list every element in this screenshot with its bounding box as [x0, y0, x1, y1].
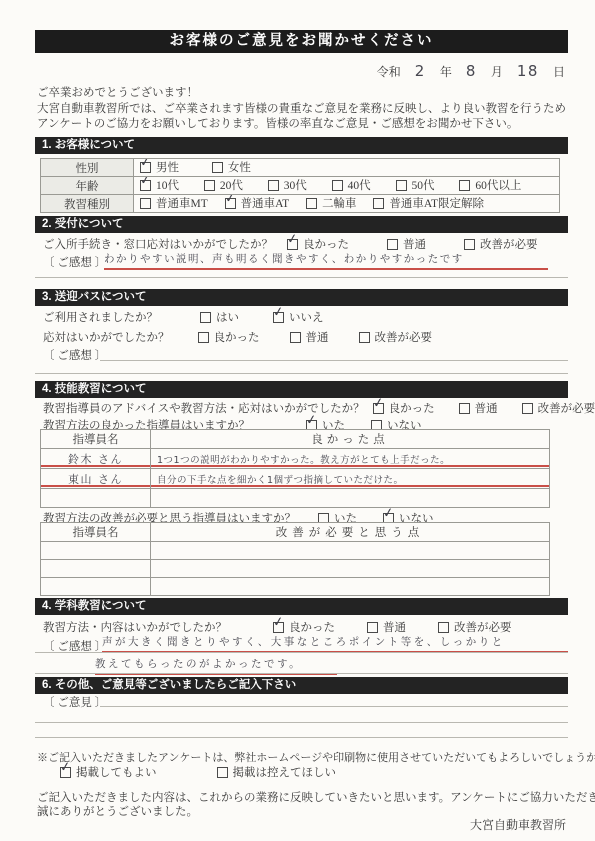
option-age-40s: ✓ 40代: [332, 177, 371, 193]
option-car-at: ✓ 普通車AT: [225, 195, 290, 211]
checkbox-car-at[interactable]: ✓: [225, 198, 236, 209]
table-row: [41, 560, 550, 578]
check-icon: ✓: [224, 195, 237, 207]
lecture-question-row: 教習方法・内容はいかがでしたか？ ✓ 良かった ✓ 普通 ✓ 改善が必要: [43, 619, 512, 635]
option-label: 普通車AT限定解除: [389, 195, 484, 211]
reception-question: ご入所手続き・窓口応対はいかがでしたか？: [43, 236, 273, 252]
section1-header: 1. お客様について: [35, 137, 568, 154]
option-label: 良かった: [214, 329, 260, 345]
table-row: [41, 489, 550, 508]
reception-question-row: ご入所手続き・窓口応対はいかがでしたか？ ✓ 良かった ✓ 普通 ✓ 改善が必要: [43, 236, 538, 252]
closing-line-2: 誠にありがとうございました。: [37, 803, 198, 819]
checkbox-skill-normal[interactable]: ✓: [459, 403, 470, 414]
checkbox-age-60s[interactable]: ✓: [459, 180, 470, 191]
checkbox-reception-normal[interactable]: ✓: [387, 239, 398, 250]
option-lecture-good: ✓ 良かった: [273, 619, 335, 635]
checkbox-bus-no[interactable]: ✓: [273, 312, 284, 323]
good-table-header-point: 良かった点: [151, 430, 550, 449]
check-icon: ✓: [305, 412, 318, 428]
ruled-line: [100, 706, 568, 707]
good-instructor-table: 指導員名 良かった点 鈴木 さん 1つ1つの説明がわかりやすかった。教え方がとて…: [40, 429, 550, 508]
checkbox-age-50s[interactable]: ✓: [396, 180, 407, 191]
check-icon: ✓: [139, 177, 152, 189]
option-label: 掲載してもよい: [76, 764, 157, 780]
option-age-30s: ✓ 30代: [268, 177, 307, 193]
improve-point[interactable]: [151, 578, 550, 596]
option-label: 10代: [156, 177, 179, 193]
improve-instructor-table: 指導員名 改善が必要と思う点: [40, 522, 550, 596]
ruled-line: [35, 722, 568, 723]
intro-line-2: 大宮自動車教習所では、ご卒業されます皆様の貴重なご意見を業務に反映し、より良い教…: [37, 102, 566, 118]
signature: 大宮自動車教習所: [300, 816, 566, 833]
option-label: 良かった: [389, 400, 435, 416]
option-lecture-normal: ✓ 普通: [367, 619, 406, 635]
checkbox-male[interactable]: ✓: [140, 162, 151, 173]
table-row: 鈴木 さん 1つ1つの説明がわかりやすかった。教え方がとても上手だった。: [41, 449, 550, 469]
option-label: はい: [216, 309, 239, 325]
option-bus-improve: ✓ 改善が必要: [359, 329, 433, 345]
option-label: 改善が必要: [454, 619, 512, 635]
option-age-60s: ✓ 60代以上: [459, 177, 521, 193]
date-year-label: 年: [440, 63, 452, 80]
option-label: 改善が必要: [538, 400, 595, 416]
bus-service-question-row: 応対はいかがでしたか？ ✓ 良かった ✓ 普通 ✓ 改善が必要: [43, 329, 432, 345]
option-publish-no: ✓ 掲載は控えてほしい: [217, 764, 337, 780]
gender-options: ✓ 男性 ✓ 女性: [134, 159, 560, 177]
checkbox-age-30s[interactable]: ✓: [268, 180, 279, 191]
survey-form: お客様のご意見をお聞かせください 令和 2 年 8 月 18 日 ご卒業おめでと…: [0, 0, 595, 841]
improve-table-header-point: 改善が必要と思う点: [151, 523, 550, 542]
option-motorcycle: ✓ 二輪車: [306, 195, 357, 211]
intro-line-3: アンケートのご協力をお願いしております。皆様の率直なご意見・ご感想をお聞かせ下さ…: [37, 117, 566, 133]
checkbox-bus-normal[interactable]: ✓: [290, 332, 301, 343]
instructor-name[interactable]: 鈴木 さん: [41, 449, 151, 469]
option-label: 普通車AT: [241, 195, 290, 211]
date-day-label: 日: [553, 63, 565, 80]
option-skill-normal: ✓ 普通: [459, 400, 498, 416]
option-label: 普通: [306, 329, 329, 345]
checkbox-publish-no[interactable]: ✓: [217, 767, 228, 778]
age-row-label: 年齢: [41, 177, 134, 195]
date-era: 令和: [377, 63, 401, 80]
good-table-header-name: 指導員名: [41, 430, 151, 449]
option-male: ✓ 男性: [140, 159, 179, 175]
option-lecture-improve: ✓ 改善が必要: [438, 619, 512, 635]
checkbox-bus-yes[interactable]: ✓: [200, 312, 211, 323]
lecture-question: 教習方法・内容はいかがでしたか？: [43, 619, 227, 635]
checkbox-female[interactable]: ✓: [212, 162, 223, 173]
good-point[interactable]: [151, 489, 550, 508]
option-bus-normal: ✓ 普通: [290, 329, 329, 345]
skill-question-row: 教習指導員のアドバイスや教習方法・応対はいかがでしたか？ ✓ 良かった ✓ 普通…: [43, 400, 595, 416]
section5-header: 4. 学科教習について: [35, 598, 568, 615]
ruled-line: [35, 673, 568, 674]
option-skill-improve: ✓ 改善が必要: [522, 400, 595, 416]
option-age-50s: ✓ 50代: [396, 177, 435, 193]
course-options: ✓ 普通車MT ✓ 普通車AT ✓ 二輪車 ✓ 普通車AT限定解除: [134, 195, 560, 213]
check-icon: ✓: [139, 159, 152, 171]
option-reception-good: ✓ 良かった: [287, 236, 349, 252]
checkbox-reception-good[interactable]: ✓: [287, 239, 298, 250]
option-reception-improve: ✓ 改善が必要: [464, 236, 538, 252]
instructor-name[interactable]: 東山 さん: [41, 469, 151, 489]
option-label: 掲載は控えてほしい: [233, 764, 337, 780]
checkbox-skill-improve[interactable]: ✓: [522, 403, 533, 414]
ruled-line: [35, 652, 568, 653]
option-label: 50代: [412, 177, 435, 193]
option-bus-yes: ✓ はい: [200, 309, 239, 325]
good-point[interactable]: 自分の下手な点を細かく1個ずつ指摘していただけた。: [151, 469, 550, 489]
ruled-line: [35, 277, 568, 278]
date-month-label: 月: [491, 63, 503, 80]
course-row-label: 教習種別: [41, 195, 134, 213]
instructor-name[interactable]: [41, 489, 151, 508]
table-row: 東山 さん 自分の下手な点を細かく1個ずつ指摘していただけた。: [41, 469, 550, 489]
check-icon: ✓: [286, 231, 299, 247]
table-row: [41, 578, 550, 596]
option-label: いいえ: [289, 309, 324, 325]
check-icon: ✓: [272, 304, 285, 320]
other-feedback-label: 〔 ご意見 〕: [43, 694, 106, 710]
option-age-20s: ✓ 20代: [204, 177, 243, 193]
option-label: 普通: [403, 236, 426, 252]
option-label: 改善が必要: [480, 236, 538, 252]
ruled-line: [35, 737, 568, 738]
checkbox-car-mt[interactable]: ✓: [140, 198, 151, 209]
section2-header: 2. 受付について: [35, 216, 568, 233]
section6-header: 6. その他、ご意見等ございましたらご記入下さい: [35, 677, 568, 694]
improve-table-header-name: 指導員名: [41, 523, 151, 542]
option-label: 改善が必要: [375, 329, 433, 345]
reception-feedback-text[interactable]: わかりやすい説明、声も明るく聞きやすく、わかりやすかったです: [104, 251, 548, 270]
option-skill-good: ✓ 良かった: [373, 400, 435, 416]
customer-info-table: 性別 ✓ 男性 ✓ 女性 年齢 ✓ 10代 ✓: [40, 158, 560, 213]
checkbox-lecture-good[interactable]: ✓: [273, 622, 284, 633]
option-label: 男性: [156, 159, 179, 175]
instructor-name[interactable]: [41, 560, 151, 578]
skill-question: 教習指導員のアドバイスや教習方法・応対はいかがでしたか？: [43, 400, 365, 416]
checkbox-bus-improve[interactable]: ✓: [359, 332, 370, 343]
option-reception-normal: ✓ 普通: [387, 236, 426, 252]
option-label: 普通: [475, 400, 498, 416]
option-label: 良かった: [303, 236, 349, 252]
lecture-feedback-line1[interactable]: 声が大きく聞きとりやすく、大事なところポイント等を、しっかりと: [102, 634, 568, 653]
option-label: 普通車MT: [156, 195, 208, 211]
checkbox-motorcycle[interactable]: ✓: [306, 198, 317, 209]
instructor-name[interactable]: [41, 542, 151, 560]
option-at-limit-release: ✓ 普通車AT限定解除: [373, 195, 484, 211]
option-female: ✓ 女性: [212, 159, 251, 175]
option-age-10s: ✓ 10代: [140, 177, 179, 193]
section4-header: 4. 技能教習について: [35, 381, 568, 398]
intro-line-1: ご卒業おめでとうございます！: [37, 86, 566, 102]
instructor-name[interactable]: [41, 578, 151, 596]
checkbox-age-20s[interactable]: ✓: [204, 180, 215, 191]
bus-used-question-row: ご利用されましたか？ ✓ はい ✓ いいえ: [43, 309, 324, 325]
date-year-value[interactable]: 2: [415, 62, 426, 80]
option-car-mt: ✓ 普通車MT: [140, 195, 208, 211]
improve-point[interactable]: [151, 542, 550, 560]
bus-service-question: 応対はいかがでしたか？: [43, 329, 170, 345]
bus-used-question: ご利用されましたか？: [43, 309, 158, 325]
date-month-value[interactable]: 8: [466, 62, 477, 80]
table-row: [41, 542, 550, 560]
checkbox-bus-good[interactable]: ✓: [198, 332, 209, 343]
gender-row-label: 性別: [41, 159, 134, 177]
checkbox-lecture-improve[interactable]: ✓: [438, 622, 449, 633]
option-label: 二輪車: [322, 195, 357, 211]
good-point[interactable]: 1つ1つの説明がわかりやすかった。教え方がとても上手だった。: [151, 449, 550, 469]
option-label: 女性: [228, 159, 251, 175]
permission-options-row: ✓ 掲載してもよい ✓ 掲載は控えてほしい: [60, 764, 336, 780]
reception-feedback-label: 〔 ご感想 〕: [43, 254, 106, 270]
option-label: 30代: [284, 177, 307, 193]
checkbox-reception-improve[interactable]: ✓: [464, 239, 475, 250]
improve-point[interactable]: [151, 560, 550, 578]
option-bus-good: ✓ 良かった: [198, 329, 260, 345]
check-icon: ✓: [382, 505, 395, 521]
check-icon: ✓: [272, 614, 285, 630]
check-icon: ✓: [372, 395, 385, 411]
option-label: 40代: [348, 177, 371, 193]
option-label: 60代以上: [475, 177, 521, 193]
option-bus-no: ✓ いいえ: [273, 309, 324, 325]
bus-feedback-label: 〔 ご感想 〕: [43, 347, 106, 363]
checkbox-age-10s[interactable]: ✓: [140, 180, 151, 191]
option-label: 20代: [220, 177, 243, 193]
section3-header: 3. 送迎バスについて: [35, 289, 568, 306]
option-label: 良かった: [289, 619, 335, 635]
checkbox-skill-good[interactable]: ✓: [373, 403, 384, 414]
checkbox-lecture-normal[interactable]: ✓: [367, 622, 378, 633]
checkbox-publish-ok[interactable]: ✓: [60, 767, 71, 778]
checkbox-at-limit-release[interactable]: ✓: [373, 198, 384, 209]
date-row: 令和 2 年 8 月 18 日: [320, 62, 565, 80]
date-day-value[interactable]: 18: [517, 62, 539, 80]
option-label: 普通: [383, 619, 406, 635]
checkbox-age-40s[interactable]: ✓: [332, 180, 343, 191]
age-options: ✓ 10代 ✓ 20代 ✓ 30代 ✓ 40代 ✓ 50代: [134, 177, 560, 195]
check-icon: ✓: [59, 759, 72, 775]
ruled-line: [100, 360, 568, 361]
ruled-line: [35, 373, 568, 374]
option-publish-ok: ✓ 掲載してもよい: [60, 764, 157, 780]
permission-note: ※ご記入いただきましたアンケートは、弊社ホームページや印刷物に使用させていただい…: [37, 749, 595, 765]
form-title: お客様のご意見をお聞かせください: [35, 30, 568, 53]
intro-paragraph: ご卒業おめでとうございます！ 大宮自動車教習所では、ご卒業されます皆様の貴重なご…: [37, 86, 566, 133]
